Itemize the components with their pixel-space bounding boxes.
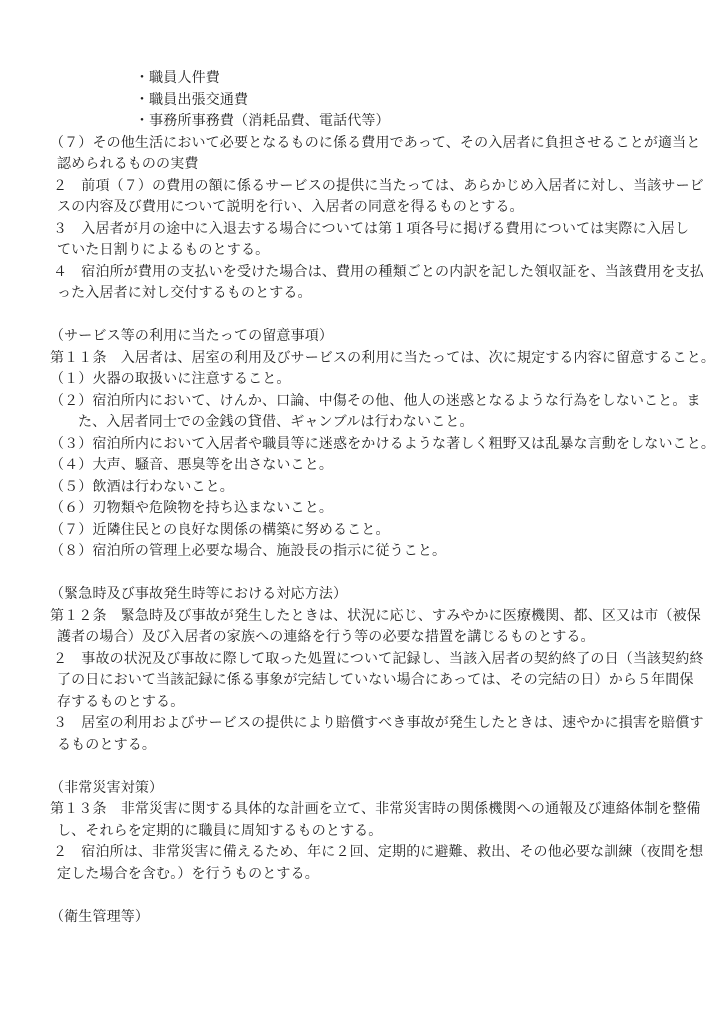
text-line: ２ 事故の状況及び事故に際して取った処置について記録し、当該入居者の契約終了の日… (0, 649, 723, 671)
text-line: スの内容及び費用について説明を行い、入居者の同意を得るものとする。 (0, 197, 723, 219)
text-line: た、入居者同士での金銭の貸借、ギャンブルは行わないこと。 (0, 412, 723, 434)
text-line: （７）近隣住民との良好な関係の構築に努めること。 (0, 520, 723, 542)
text-line: （１）火器の取扱いに注意すること。 (0, 369, 723, 391)
text-line: （３）宿泊所内において入居者や職員等に迷惑をかけるような著しく粗野又は乱暴な言動… (0, 434, 723, 456)
text-line: ・職員出張交通費 (0, 90, 723, 112)
text-line: ４ 宿泊所が費用の支払いを受けた場合は、費用の種類ごとの内訳を記した領収証を、当… (0, 262, 723, 284)
text-line: ていた日割りによるものとする。 (0, 240, 723, 262)
text-line: るものとする。 (0, 735, 723, 757)
document-page: ・職員人件費・職員出張交通費・事務所事務費（消耗品費、電話代等）（７）その他生活… (0, 0, 723, 1024)
text-line: 定した場合を含む。）を行うものとする。 (0, 864, 723, 886)
blank-line (0, 305, 723, 327)
text-line: （２）宿泊所内において、けんか、口論、中傷その他、他人の迷惑となるような行為をし… (0, 391, 723, 413)
text-line: し、それらを定期的に職員に周知するものとする。 (0, 821, 723, 843)
blank-line (0, 563, 723, 585)
text-line: （８）宿泊所の管理上必要な場合、施設長の指示に従うこと。 (0, 541, 723, 563)
text-line: （７）その他生活において必要となるものに係る費用であって、その入居者に負担させる… (0, 133, 723, 155)
blank-line (0, 885, 723, 907)
text-line: （６）刃物類や危険物を持ち込まないこと。 (0, 498, 723, 520)
text-line: った入居者に対し交付するものとする。 (0, 283, 723, 305)
text-line: ２ 宿泊所は、非常災害に備えるため、年に２回、定期的に避難、救出、その他必要な訓… (0, 842, 723, 864)
document-body: ・職員人件費・職員出張交通費・事務所事務費（消耗品費、電話代等）（７）その他生活… (0, 68, 723, 928)
text-line: ・職員人件費 (0, 68, 723, 90)
text-line: 認められるものの実費 (0, 154, 723, 176)
text-line: （５）飲酒は行わないこと。 (0, 477, 723, 499)
blank-line (0, 756, 723, 778)
text-line: 存するものとする。 (0, 692, 723, 714)
text-line: （非常災害対策） (0, 778, 723, 800)
text-line: ・事務所事務費（消耗品費、電話代等） (0, 111, 723, 133)
text-line: 第１２条 緊急時及び事故が発生したときは、状況に応じ、すみやかに医療機関、都、区… (0, 606, 723, 628)
text-line: ３ 居室の利用およびサービスの提供により賠償すべき事故が発生したときは、速やかに… (0, 713, 723, 735)
text-line: （サービス等の利用に当たっての留意事項） (0, 326, 723, 348)
text-line: ３ 入居者が月の途中に入退去する場合については第１項各号に掲げる費用については実… (0, 219, 723, 241)
text-line: 護者の場合）及び入居者の家族への連絡を行う等の必要な措置を講じるものとする。 (0, 627, 723, 649)
text-line: （緊急時及び事故発生時等における対応方法） (0, 584, 723, 606)
text-line: 第１３条 非常災害に関する具体的な計画を立て、非常災害時の関係機関への通報及び連… (0, 799, 723, 821)
text-line: 了の日において当該記録に係る事象が完結していない場合にあっては、その完結の日）か… (0, 670, 723, 692)
text-line: 第１１条 入居者は、居室の利用及びサービスの利用に当たっては、次に規定する内容に… (0, 348, 723, 370)
text-line: （４）大声、騒音、悪臭等を出さないこと。 (0, 455, 723, 477)
text-line: ２ 前項（７）の費用の額に係るサービスの提供に当たっては、あらかじめ入居者に対し… (0, 176, 723, 198)
text-line: （衛生管理等） (0, 907, 723, 929)
